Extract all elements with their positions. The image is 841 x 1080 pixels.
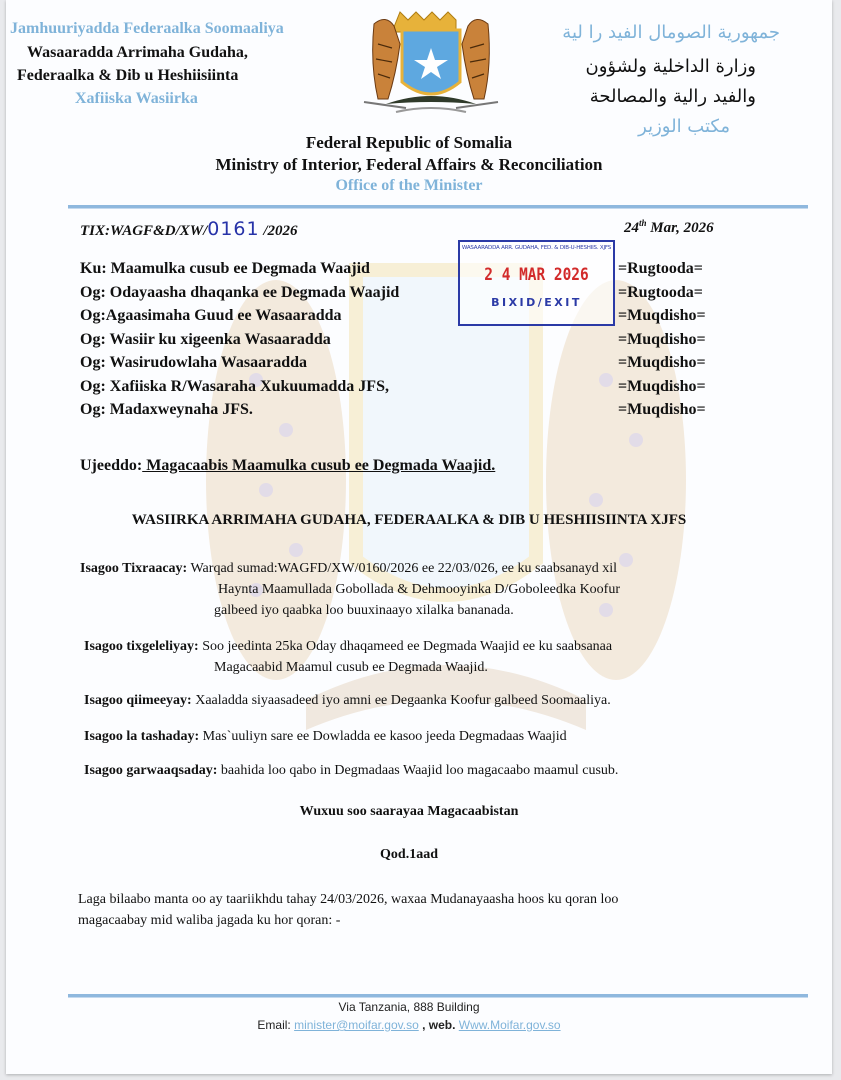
consideration-reference: Isagoo Tixraacay: Warqad sumad:WAGFD/XW/…: [80, 558, 620, 621]
article-text: Laga bilaabo manta oo ay taariikhdu taha…: [78, 889, 618, 931]
header-divider: [68, 205, 808, 208]
recipient: Og: Wasiir ku xigeenka Wasaaradda: [80, 328, 399, 352]
decree-heading: Wuxuu soo saarayaa Magacaabistan: [6, 804, 812, 820]
recipient: Ku: Maamulka cusub ee Degmada Waajid: [80, 257, 399, 281]
recipient: Og: Odayaasha dhaqanka ee Degmada Waajid: [80, 281, 399, 305]
subject-text: Magacaabis Maamulka cusub ee Degmada Waa…: [142, 457, 495, 474]
header-somali-ministry-line2: Federaalka & Dib u Heshiisiinta: [17, 67, 238, 85]
handwritten-reference-number: 0161: [207, 218, 259, 240]
subject-label: Ujeeddo:: [80, 457, 142, 474]
recipient-location: =Rugtooda=: [618, 257, 706, 281]
recipient-location: =Rugtooda=: [618, 281, 706, 305]
header-arabic-ministry-line1: وزارة الداخلية ولشؤون: [586, 56, 757, 77]
recipient: Og: Madaxweynaha JFS.: [80, 398, 399, 422]
recipient-locations: =Rugtooda= =Rugtooda= =Muqdisho= =Muqdis…: [618, 257, 706, 422]
footer-address: Via Tanzania, 888 Building: [6, 1000, 812, 1014]
recipient: Og: Wasirudowlaha Wasaaradda: [80, 351, 399, 375]
website-link[interactable]: Www.Moifar.gov.so: [459, 1018, 561, 1032]
header-english-ministry: Ministry of Interior, Federal Affairs & …: [6, 155, 812, 175]
reference-prefix: TIX:WAGF&D/XW/: [80, 223, 207, 239]
header-english-republic: Federal Republic of Somalia: [6, 133, 812, 153]
header-arabic-republic: جمهورية الصومال الفيد را لية: [562, 22, 780, 43]
recipient-location: =Muqdisho=: [618, 375, 706, 399]
header-somali-republic: Jamhuuriyadda Federaalka Soomaaliya: [10, 20, 284, 38]
header-arabic-ministry-line2: والفيد رالية والمصالحة: [590, 86, 756, 107]
stamp-header: WASAARADDA ARR. GUDAHA, FED. & DIB-U-HES…: [460, 245, 613, 251]
article-number: Qod.1aad: [6, 847, 812, 863]
somalia-coat-of-arms-icon: [356, 4, 506, 122]
email-link[interactable]: minister@moifar.gov.so: [294, 1018, 419, 1032]
consideration-proposal: Isagoo tixgeleliyay: Soo jeedinta 25ka O…: [84, 636, 612, 678]
header-english-office: Office of the Minister: [6, 177, 812, 195]
recipient-location: =Muqdisho=: [618, 398, 706, 422]
recipient-location: =Muqdisho=: [618, 328, 706, 352]
recipient-list: Ku: Maamulka cusub ee Degmada Waajid Og:…: [80, 257, 399, 422]
recipient-location: =Muqdisho=: [618, 304, 706, 328]
reference-number: TIX:WAGF&D/XW/0161 /2026: [80, 218, 298, 240]
recipient-location: =Muqdisho=: [618, 351, 706, 375]
header-somali-ministry-line1: Wasaaradda Arrimaha Gudaha,: [27, 44, 248, 62]
letter-date: 24th Mar, 2026: [624, 218, 714, 237]
footer-divider: [68, 994, 808, 997]
recipient: Og:Agaasimaha Guud ee Wasaaradda: [80, 304, 399, 328]
recipient: Og: Xafiiska R/Wasaraha Xukuumadda JFS,: [80, 375, 399, 399]
exit-stamp: WASAARADDA ARR. GUDAHA, FED. & DIB-U-HES…: [458, 240, 615, 326]
stamp-exit-label: BIXID/EXIT: [460, 296, 613, 309]
consideration-consultation: Isagoo la tashaday: Mas`uuliyn sare ee D…: [84, 726, 567, 747]
footer-contact: Email: minister@moifar.gov.so , web. Www…: [6, 1018, 812, 1032]
header-somali-office: Xafiiska Wasiirka: [75, 90, 198, 108]
stamp-date: 2 4 MAR 2026: [471, 265, 601, 285]
decree-title: WASIIRKA ARRIMAHA GUDAHA, FEDERAALKA & D…: [6, 512, 812, 529]
letter-page: Jamhuuriyadda Federaalka Soomaaliya Wasa…: [6, 0, 832, 1074]
subject-line: Ujeeddo: Magacaabis Maamulka cusub ee De…: [80, 457, 495, 475]
consideration-assessment: Isagoo qiimeeyay: Xaaladda siyaasadeed i…: [84, 690, 611, 711]
reference-suffix: /2026: [260, 223, 298, 239]
consideration-recognition: Isagoo garwaaqsaday: baahida loo qabo in…: [84, 760, 618, 781]
